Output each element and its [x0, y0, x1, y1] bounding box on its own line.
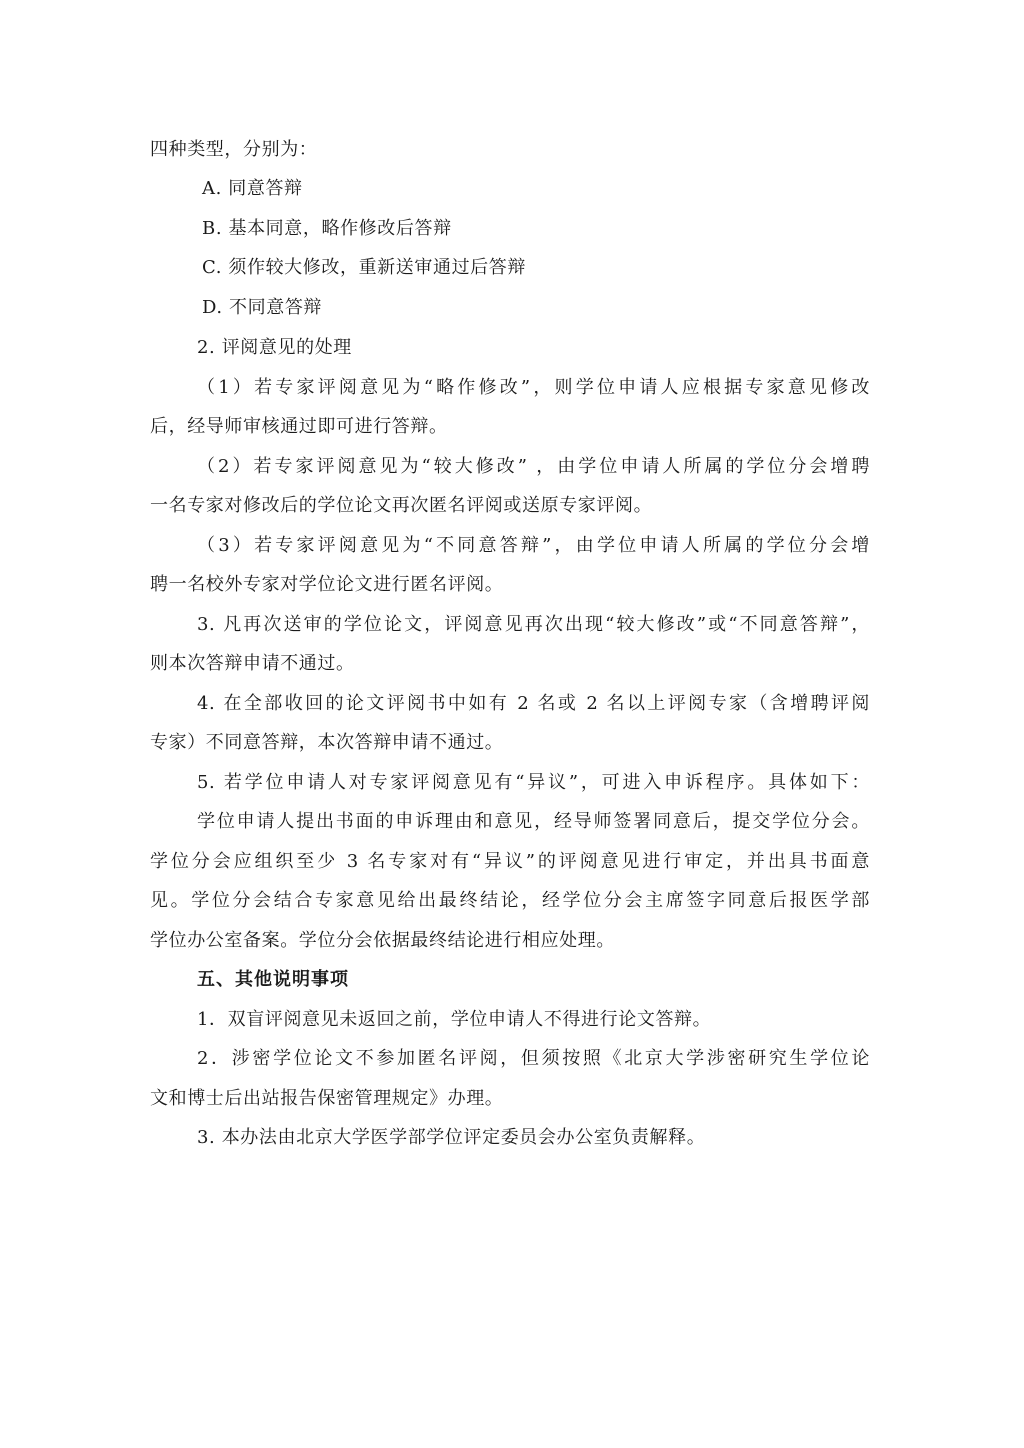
- document-page: 四种类型，分别为： A. 同意答辩 B. 基本同意，略作修改后答辩 C. 须作较…: [0, 0, 1024, 1448]
- option-b: B. 基本同意，略作修改后答辩: [202, 215, 922, 243]
- paragraph-1-line-1: （1）若专家评阅意见为“略作修改”，则学位申请人应根据专家意见修改: [197, 374, 870, 402]
- item-4-line-2: 专家）不同意答辩，本次答辩申请不通过。: [150, 729, 870, 757]
- appeal-paragraph-line-2: 学位分会应组织至少 3 名专家对有“异议”的评阅意见进行审定，并出具书面意: [150, 848, 870, 876]
- appeal-paragraph-line-4: 学位办公室备案。学位分会依据最终结论进行相应处理。: [150, 927, 870, 955]
- note-1: 1．双盲评阅意见未返回之前，学位申请人不得进行论文答辩。: [197, 1006, 870, 1034]
- item-3-line-2: 则本次答辩申请不通过。: [150, 650, 870, 678]
- note-3: 3. 本办法由北京大学医学部学位评定委员会办公室负责解释。: [197, 1124, 870, 1152]
- paragraph-1-line-2: 后，经导师审核通过即可进行答辩。: [150, 413, 870, 441]
- appeal-paragraph-line-1: 学位申请人提出书面的申诉理由和意见，经导师签署同意后，提交学位分会。: [197, 808, 870, 836]
- paragraph-3-line-2: 聘一名校外专家对学位论文进行匿名评阅。: [150, 571, 870, 599]
- paragraph-3-line-1: （3）若专家评阅意见为“不同意答辩”，由学位申请人所属的学位分会增: [197, 532, 870, 560]
- option-d: D. 不同意答辩: [202, 294, 922, 322]
- appeal-paragraph-line-3: 见。学位分会结合专家意见给出最终结论，经学位分会主席签字同意后报医学部: [150, 887, 870, 915]
- item-3-line-1: 3. 凡再次送审的学位论文，评阅意见再次出现“较大修改”或“不同意答辩”，: [197, 611, 870, 639]
- paragraph-2-line-1: （2）若专家评阅意见为“较大修改” ，由学位申请人所属的学位分会增聘: [197, 453, 870, 481]
- option-a: A. 同意答辩: [202, 175, 922, 203]
- paragraph-2-line-2: 一名专家对修改后的学位论文再次匿名评阅或送原专家评阅。: [150, 492, 870, 520]
- note-2-line-2: 文和博士后出站报告保密管理规定》办理。: [150, 1085, 870, 1113]
- item-4-line-1: 4. 在全部收回的论文评阅书中如有 2 名或 2 名以上评阅专家（含增聘评阅: [197, 690, 870, 718]
- option-c: C. 须作较大修改，重新送审通过后答辩: [202, 254, 922, 282]
- note-2-line-1: 2．涉密学位论文不参加匿名评阅，但须按照《北京大学涉密研究生学位论: [197, 1045, 870, 1073]
- paragraph-intro: 四种类型，分别为：: [150, 136, 870, 164]
- section-heading-review-handling: 2. 评阅意见的处理: [197, 334, 870, 362]
- item-5-line-1: 5. 若学位申请人对专家评阅意见有“异议”，可进入申诉程序。具体如下：: [197, 769, 870, 797]
- section-heading-other-notes: 五、其他说明事项: [197, 966, 870, 994]
